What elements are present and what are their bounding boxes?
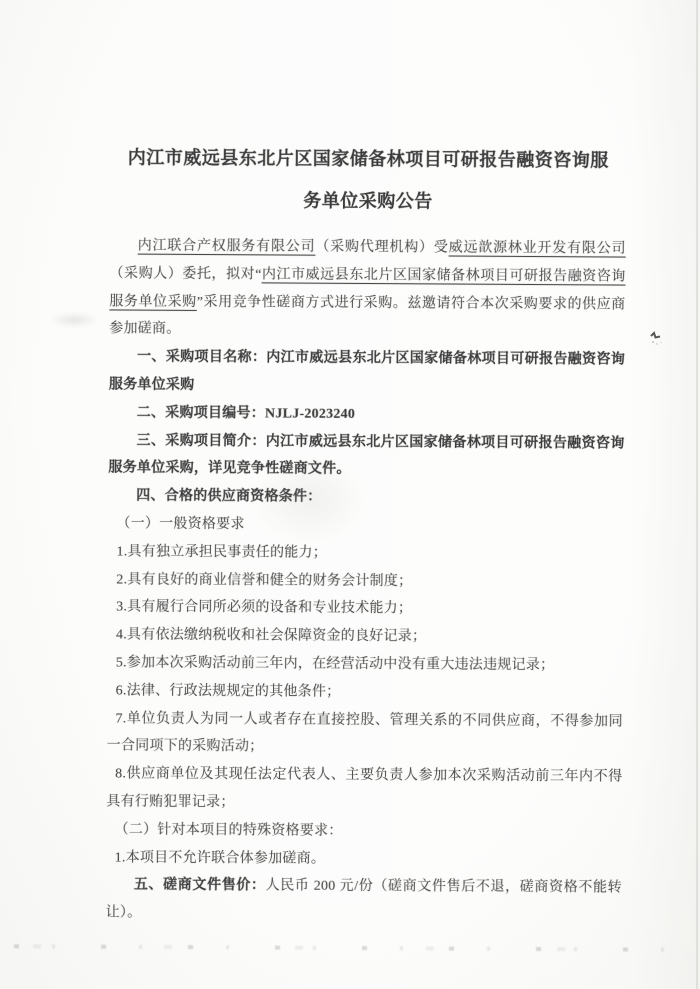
- qualification-item-3: 3.具有履行合同所必须的设备和专业技术能力；: [107, 594, 623, 625]
- qualification-item-8: 8.供应商单位及其现任法定代表人、主要负责人参加本次采购活动前三年内不得具有行贿…: [106, 761, 622, 820]
- scan-smudge-center: [250, 455, 370, 545]
- section-document-price: 五、磋商文件售价：人民币 200 元/份（磋商文件售后不退，磋商资格不能转让）。: [106, 872, 622, 931]
- scanned-page: 内江市威远县东北片区国家储备林项目可研报告融资咨询服务单位采购公告 内江联合产权…: [0, 0, 700, 989]
- section-project-name: 一、采购项目名称：内江市威远县东北片区国家储备林项目可研报告融资咨询服务单位采购: [109, 344, 625, 403]
- document-price-label: 五、磋商文件售价：: [134, 878, 266, 894]
- ink-speck-icon: [649, 330, 665, 348]
- special-qualification-item-1: 1.本项目不允许联合体参加磋商。: [106, 844, 622, 875]
- intro-text-2: （采购人）委托，拟对“: [110, 266, 262, 282]
- procurement-agency-name: 内江联合产权服务有限公司: [138, 239, 316, 255]
- qualification-item-2: 2.具有良好的商业信誉和健全的财务会计制度；: [108, 566, 624, 597]
- qualification-item-7: 7.单位负责人为同一人或者存在直接控股、管理关系的不同供应商，不得参加同一合同项…: [107, 705, 623, 764]
- scan-smudge-left: [48, 312, 100, 328]
- document-title: 内江市威远县东北片区国家储备林项目可研报告融资咨询服务单位采购公告: [122, 137, 615, 224]
- section-project-number: 二、采购项目编号：NJLJ-2023240: [109, 399, 625, 430]
- qualification-item-5: 5.参加本次采购活动前三年内，在经营活动中没有重大违法违规记录；: [107, 649, 623, 680]
- scan-speck-row: [14, 944, 682, 951]
- ink-speck-mark: [649, 330, 665, 348]
- intro-text-1: （采购代理机构）受: [315, 240, 448, 256]
- qualification-item-6: 6.法律、行政法规规定的其他条件；: [107, 677, 623, 708]
- intro-paragraph: 内江联合产权服务有限公司（采购代理机构）受威远歆源林业开发有限公司（采购人）委托…: [109, 232, 626, 346]
- purchaser-name: 威远歆源林业开发有限公司: [449, 240, 626, 256]
- special-qualification-heading: （二）针对本项目的特殊资格要求：: [106, 816, 622, 847]
- scan-edge-line: [696, 0, 698, 989]
- qualification-item-4: 4.具有依法缴纳税收和社会保障资金的良好记录；: [107, 622, 623, 653]
